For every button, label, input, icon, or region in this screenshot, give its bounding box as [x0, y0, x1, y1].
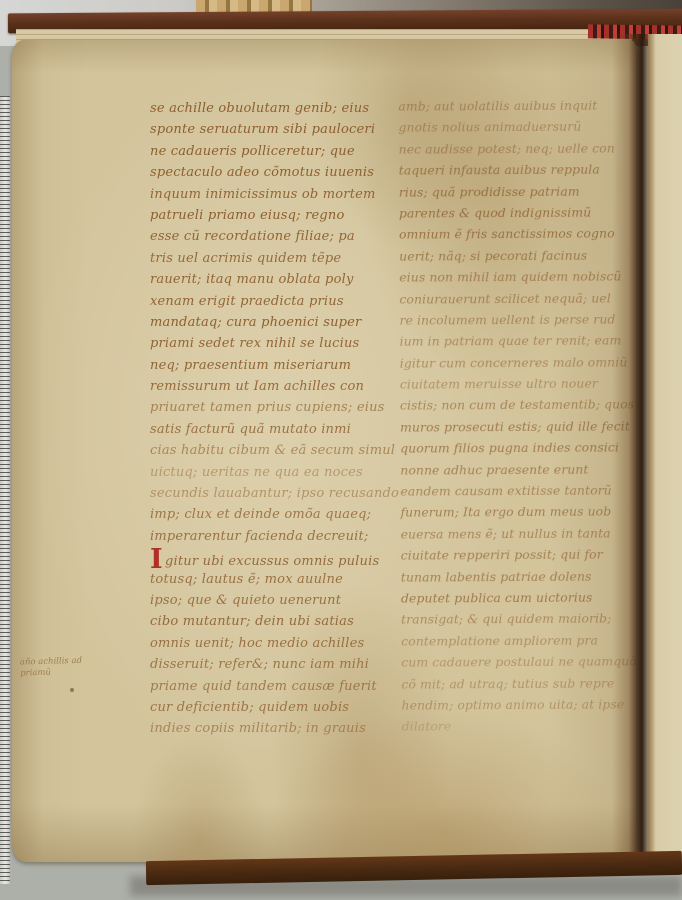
- text-line: transigat; & qui quidem maiorib;: [401, 608, 631, 631]
- text-line-content: parentes & quod indignissimũ: [399, 205, 591, 221]
- text-line-content: gnotis nolius animaduersurũ: [398, 119, 581, 135]
- text-line: Igitur ubi excussus omnis puluis: [150, 547, 402, 568]
- marginal-note-line2: priamū: [20, 666, 132, 680]
- text-line-content: cias habitu cibum & eã secum simul: [150, 443, 395, 458]
- text-line: ciuitatem meruisse ultro nouer: [400, 372, 630, 395]
- text-line-content: transigat; & qui quidem maiorib;: [401, 611, 611, 627]
- text-column-left: se achille obuolutam genib; eiussponte s…: [150, 98, 402, 740]
- text-line: mandataq; cura phoenici super: [150, 312, 402, 333]
- text-line: xenam erigit praedicta prius: [150, 291, 402, 312]
- text-line: cias habitu cibum & eã secum simul: [150, 440, 402, 461]
- text-line: nonne adhuc praesente erunt: [400, 458, 630, 481]
- text-line: muros prosecuti estis; quid ille fecit: [400, 415, 630, 438]
- text-line: disseruit; refer&; nunc iam mihi: [150, 654, 402, 675]
- text-line-content: gitur ubi excussus omnis puluis: [165, 554, 379, 569]
- text-line-content: inquum inimicissimus ob mortem: [150, 187, 376, 202]
- text-line: priuaret tamen prius cupiens; eius: [150, 397, 402, 418]
- text-line-content: deputet publica cum uictorius: [401, 590, 593, 606]
- text-line: spectaculo adeo cõmotus iuuenis: [150, 162, 402, 183]
- text-line-content: remissurum ut Iam achilles con: [150, 379, 364, 394]
- text-line-content: uerit; nãq; si pecorati facinus: [399, 247, 587, 263]
- text-line-content: disseruit; refer&; nunc iam mihi: [150, 657, 369, 672]
- text-line-content: rius; quã prodidisse patriam: [399, 183, 580, 199]
- text-line-content: imperarentur facienda decreuit;: [150, 529, 369, 544]
- text-line-content: omnis uenit; hoc medio achilles: [150, 636, 364, 651]
- text-line-content: eandem causam extitisse tantorũ: [400, 483, 611, 499]
- text-line-content: esse cũ recordatione filiae; pa: [150, 229, 355, 244]
- text-line-content: dilatore: [402, 719, 452, 734]
- text-line: uictuq; ueritas ne qua ea noces: [150, 462, 402, 483]
- text-line-content: ciuitatem meruisse ultro nouer: [400, 376, 598, 392]
- text-line-content: re incolumem uellent is perse rud: [399, 311, 615, 327]
- text-line: patrueli priamo eiusq; regno: [150, 205, 402, 226]
- text-line: igitur cum concerneres malo omniũ: [400, 351, 630, 374]
- text-line: rius; quã prodidisse patriam: [399, 180, 629, 203]
- text-line-content: taqueri infausta auibus reppula: [399, 162, 600, 178]
- text-line: satis facturũ quã mutato inmi: [150, 419, 402, 440]
- text-column-right: amb; aut uolatilis auibus inquitgnotis n…: [398, 94, 631, 737]
- text-line: amb; aut uolatilis auibus inquit: [398, 94, 628, 117]
- text-line-content: igitur cum concerneres malo omniũ: [400, 354, 628, 370]
- text-line: priami sedet rex nihil se lucius: [150, 333, 402, 354]
- manuscript-photo: se achille obuolutam genib; eiussponte s…: [0, 0, 682, 900]
- text-line-content: spectaculo adeo cõmotus iuuenis: [150, 165, 374, 180]
- text-line: eandem causam extitisse tantorũ: [400, 479, 630, 502]
- rubricated-initial: I: [150, 550, 160, 564]
- text-line-content: ciuitate repperiri possit; qui for: [401, 547, 603, 563]
- text-line: tunam labentis patriae dolens: [401, 565, 631, 588]
- text-line: inquum inimicissimus ob mortem: [150, 184, 402, 205]
- text-line-content: ium in patriam quae ter renit; eam: [400, 333, 622, 349]
- text-line: ium in patriam quae ter renit; eam: [400, 330, 630, 353]
- text-line-content: amb; aut uolatilis auibus inquit: [398, 98, 597, 114]
- text-line: omnis uenit; hoc medio achilles: [150, 633, 402, 654]
- text-line-content: tris uel acrimis quidem tẽpe: [150, 251, 341, 266]
- text-line: cum cadauere postulaui ne quamquã: [401, 651, 631, 674]
- text-line: parentes & quod indignissimũ: [399, 201, 629, 224]
- text-line: esse cũ recordatione filiae; pa: [150, 226, 402, 247]
- text-line-content: priuaret tamen prius cupiens; eius: [150, 400, 385, 415]
- ink-speck: [70, 688, 74, 692]
- text-line-content: nonne adhuc praesente erunt: [400, 461, 588, 477]
- text-line-content: euersa mens ẽ; ut nullus in tanta: [401, 525, 611, 541]
- text-line-content: nec audisse potest; neq; uelle con: [399, 140, 615, 156]
- text-line-content: se achille obuolutam genib; eius: [150, 101, 369, 116]
- text-line-content: hendim; optimo animo uita; at ipse: [401, 696, 624, 712]
- gutter-shadow: [612, 34, 656, 858]
- text-line-content: omnium ẽ fris sanctissimos cogno: [399, 226, 615, 242]
- text-line: ne cadaueris polliceretur; que: [150, 141, 402, 162]
- text-line: taqueri infausta auibus reppula: [399, 159, 629, 182]
- text-line: coniurauerunt scilicet nequã; uel: [399, 287, 629, 310]
- text-line-content: cum cadauere postulaui ne quamquã: [401, 654, 637, 670]
- text-line: omnium ẽ fris sanctissimos cogno: [399, 223, 629, 246]
- text-line: quorum filios pugna indies consici: [400, 437, 630, 460]
- text-line-content: secundis lauabantur; ipso recusando: [150, 486, 399, 501]
- text-line-content: ne cadaueris polliceretur; que: [150, 144, 355, 159]
- text-line-content: eius non mihil iam quidem nobiscũ: [399, 269, 621, 285]
- text-line-content: priami sedet rex nihil se lucius: [150, 336, 359, 351]
- text-line: remissurum ut Iam achilles con: [150, 376, 402, 397]
- text-line-content: imp; clux et deinde omõa quaeq;: [150, 507, 371, 522]
- measuring-scale: [0, 96, 10, 884]
- text-line-content: cistis; non cum de testamentib; quos: [400, 397, 634, 413]
- text-line: uerit; nãq; si pecorati facinus: [399, 244, 629, 267]
- text-line: imperarentur facienda decreuit;: [150, 526, 402, 547]
- text-line: sponte seruaturum sibi pauloceri: [150, 119, 402, 140]
- text-line: totusq; lautus ẽ; mox auulne: [150, 569, 402, 590]
- text-line: contemplatione ampliorem pra: [401, 629, 631, 652]
- text-line: nec audisse potest; neq; uelle con: [399, 137, 629, 160]
- text-line: se achille obuolutam genib; eius: [150, 98, 402, 119]
- text-line: indies copiis militarib; in grauis: [150, 718, 402, 739]
- text-line-content: satis facturũ quã mutato inmi: [150, 422, 351, 437]
- text-line-content: patrueli priamo eiusq; regno: [150, 208, 345, 223]
- text-line: hendim; optimo animo uita; at ipse: [401, 693, 631, 716]
- text-line: ipso; que & quieto uenerunt: [150, 590, 402, 611]
- text-line: ciuitate repperiri possit; qui for: [401, 544, 631, 567]
- text-line: funerum; Ita ergo dum meus uob: [400, 501, 630, 524]
- text-line: dilatore: [402, 715, 632, 738]
- text-line: cibo mutantur; dein ubi satias: [150, 611, 402, 632]
- text-line: cistis; non cum de testamentib; quos: [400, 394, 630, 417]
- text-line-content: ipso; que & quieto uenerunt: [150, 593, 341, 608]
- text-line: secundis lauabantur; ipso recusando: [150, 483, 402, 504]
- text-line: rauerit; itaq manu oblata poly: [150, 269, 402, 290]
- text-line-content: neq; praesentium miseriarum: [150, 358, 351, 373]
- text-line-content: funerum; Ita ergo dum meus uob: [400, 504, 611, 520]
- text-line: tris uel acrimis quidem tẽpe: [150, 248, 402, 269]
- text-line: cur deficientib; quidem uobis: [150, 697, 402, 718]
- text-line: cõ mit; ad utraq; tutius sub repre: [401, 672, 631, 695]
- text-line-content: indies copiis militarib; in grauis: [150, 721, 366, 736]
- text-line-content: muros prosecuti estis; quid ille fecit: [400, 418, 630, 434]
- text-line-content: contemplatione ampliorem pra: [401, 632, 598, 648]
- text-line-content: cibo mutantur; dein ubi satias: [150, 614, 354, 629]
- text-line-content: coniurauerunt scilicet nequã; uel: [399, 290, 611, 306]
- text-line: imp; clux et deinde omõa quaeq;: [150, 504, 402, 525]
- text-line-content: priame quid tandem causæ fuerit: [150, 679, 377, 694]
- marginal-note: año achillis ad priamū: [20, 655, 133, 680]
- text-line-content: quorum filios pugna indies consici: [400, 440, 619, 456]
- text-line-content: sponte seruaturum sibi pauloceri: [150, 122, 375, 137]
- text-line-content: cur deficientib; quidem uobis: [150, 700, 349, 715]
- text-line-content: tunam labentis patriae dolens: [401, 568, 592, 584]
- text-line-content: cõ mit; ad utraq; tutius sub repre: [401, 675, 614, 691]
- text-line: eius non mihil iam quidem nobiscũ: [399, 266, 629, 289]
- text-line: euersa mens ẽ; ut nullus in tanta: [401, 522, 631, 545]
- text-line: gnotis nolius animaduersurũ: [398, 116, 628, 139]
- text-line: priame quid tandem causæ fuerit: [150, 676, 402, 697]
- text-line: re incolumem uellent is perse rud: [399, 308, 629, 331]
- text-line: neq; praesentium miseriarum: [150, 355, 402, 376]
- text-line: deputet publica cum uictorius: [401, 586, 631, 609]
- text-line-content: mandataq; cura phoenici super: [150, 315, 361, 330]
- text-line-content: xenam erigit praedicta prius: [150, 294, 344, 309]
- text-line-content: totusq; lautus ẽ; mox auulne: [150, 572, 343, 587]
- text-line-content: rauerit; itaq manu oblata poly: [150, 272, 354, 287]
- manuscript-page: se achille obuolutam genib; eiussponte s…: [12, 40, 636, 862]
- text-line-content: uictuq; ueritas ne qua ea noces: [150, 465, 363, 480]
